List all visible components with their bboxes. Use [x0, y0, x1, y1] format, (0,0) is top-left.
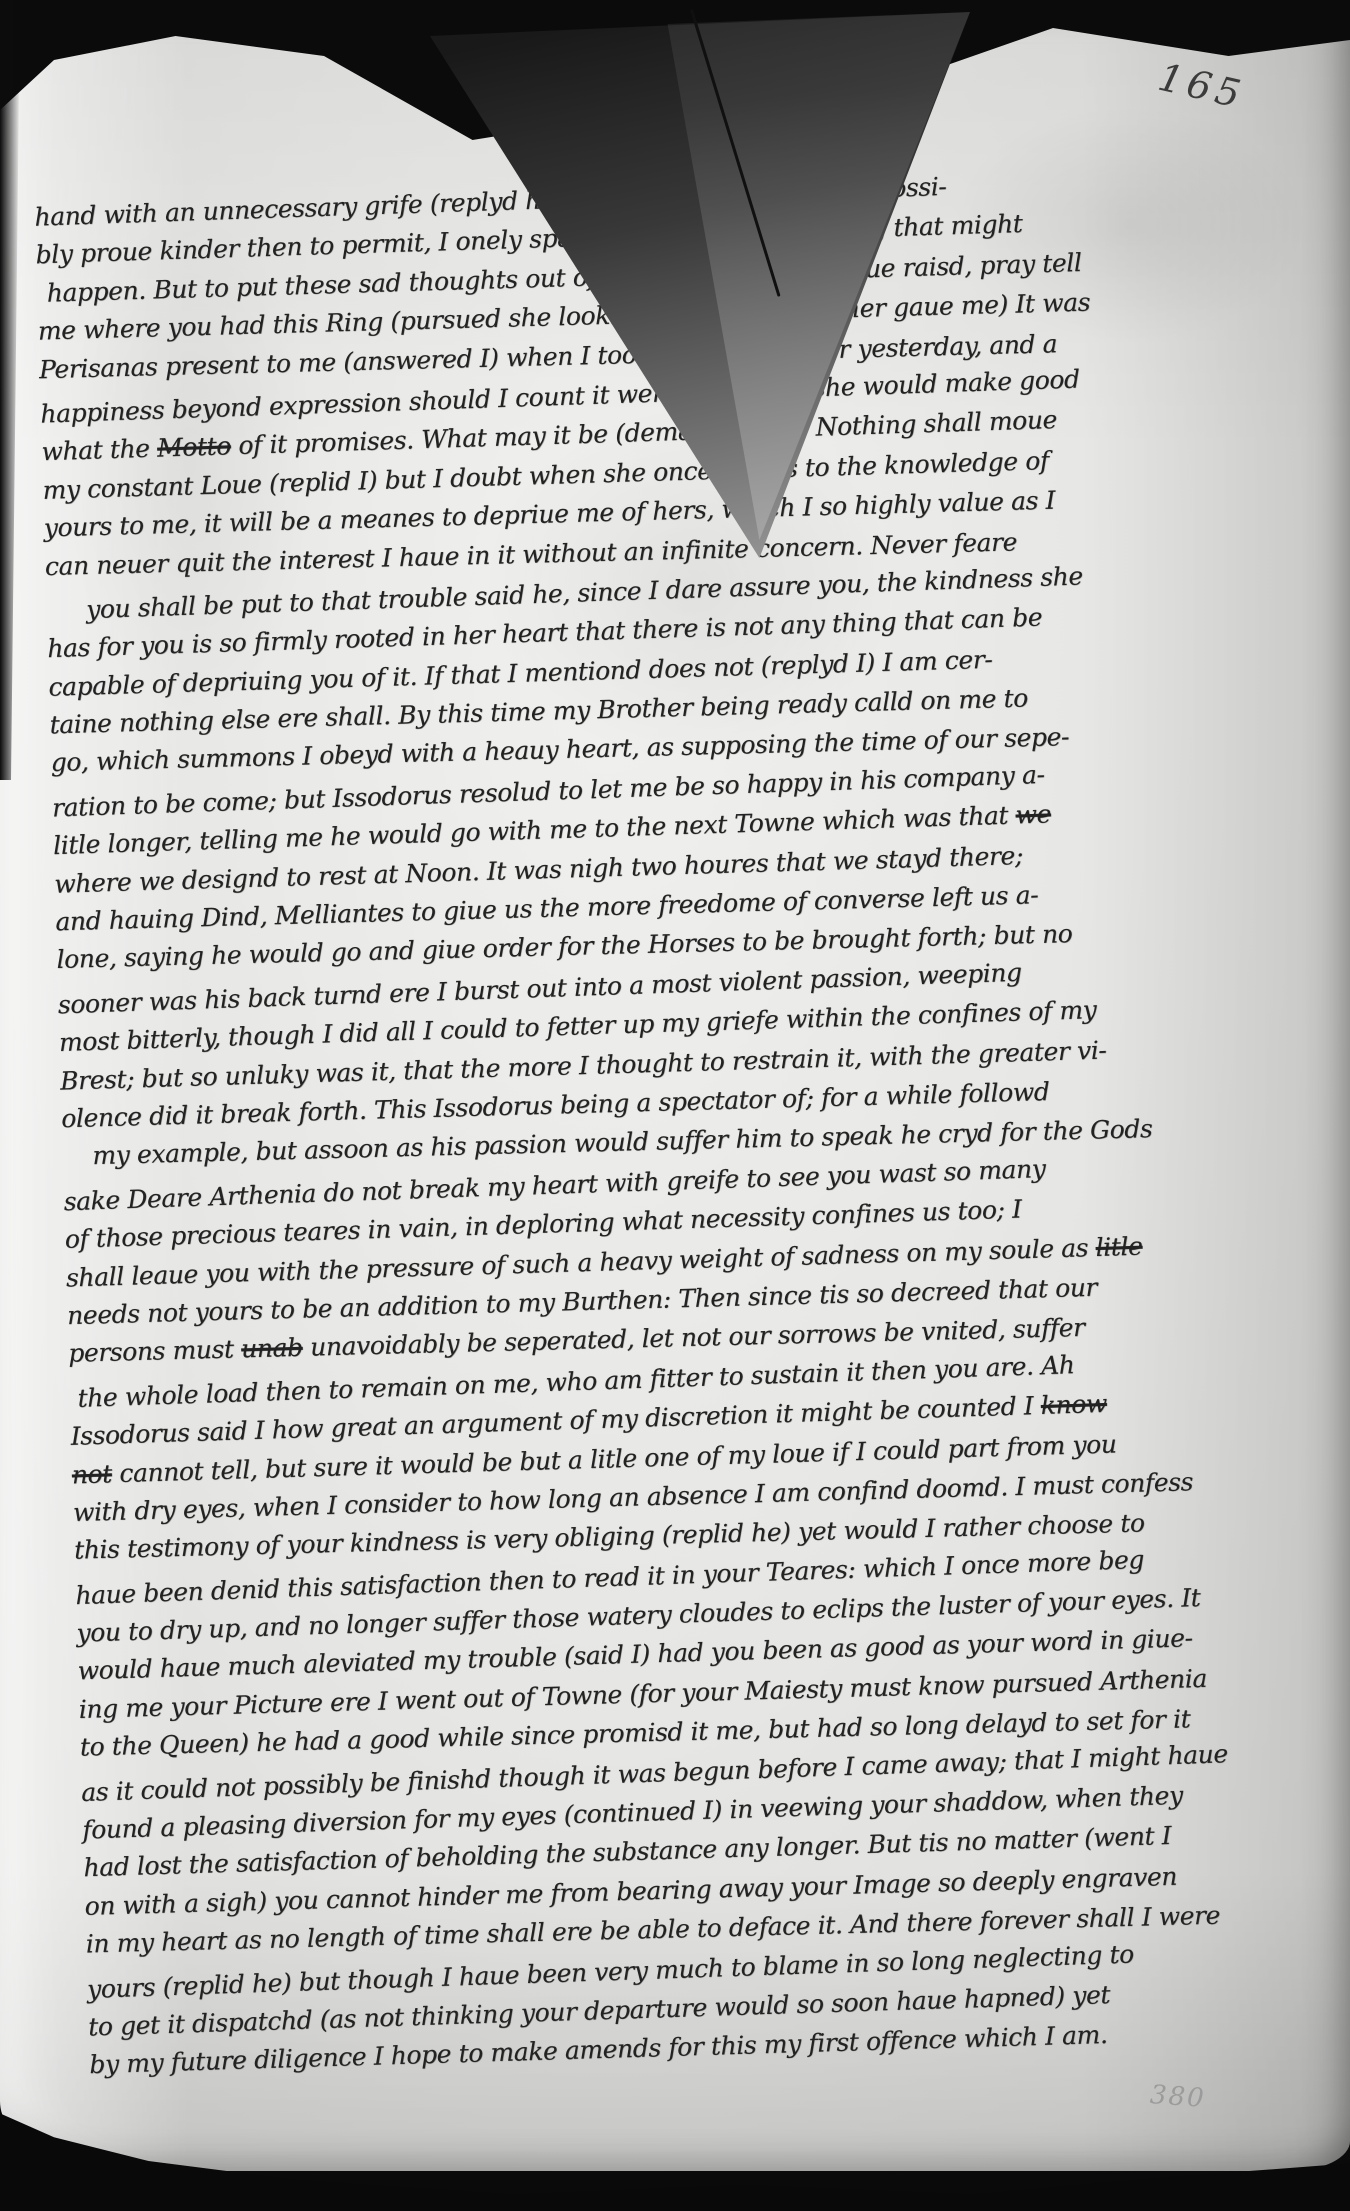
bottom-folio-number: 380 — [1149, 2080, 1207, 2114]
manuscript-photo: 190 165 hand with an unnecessary grife (… — [0, 0, 1350, 2211]
